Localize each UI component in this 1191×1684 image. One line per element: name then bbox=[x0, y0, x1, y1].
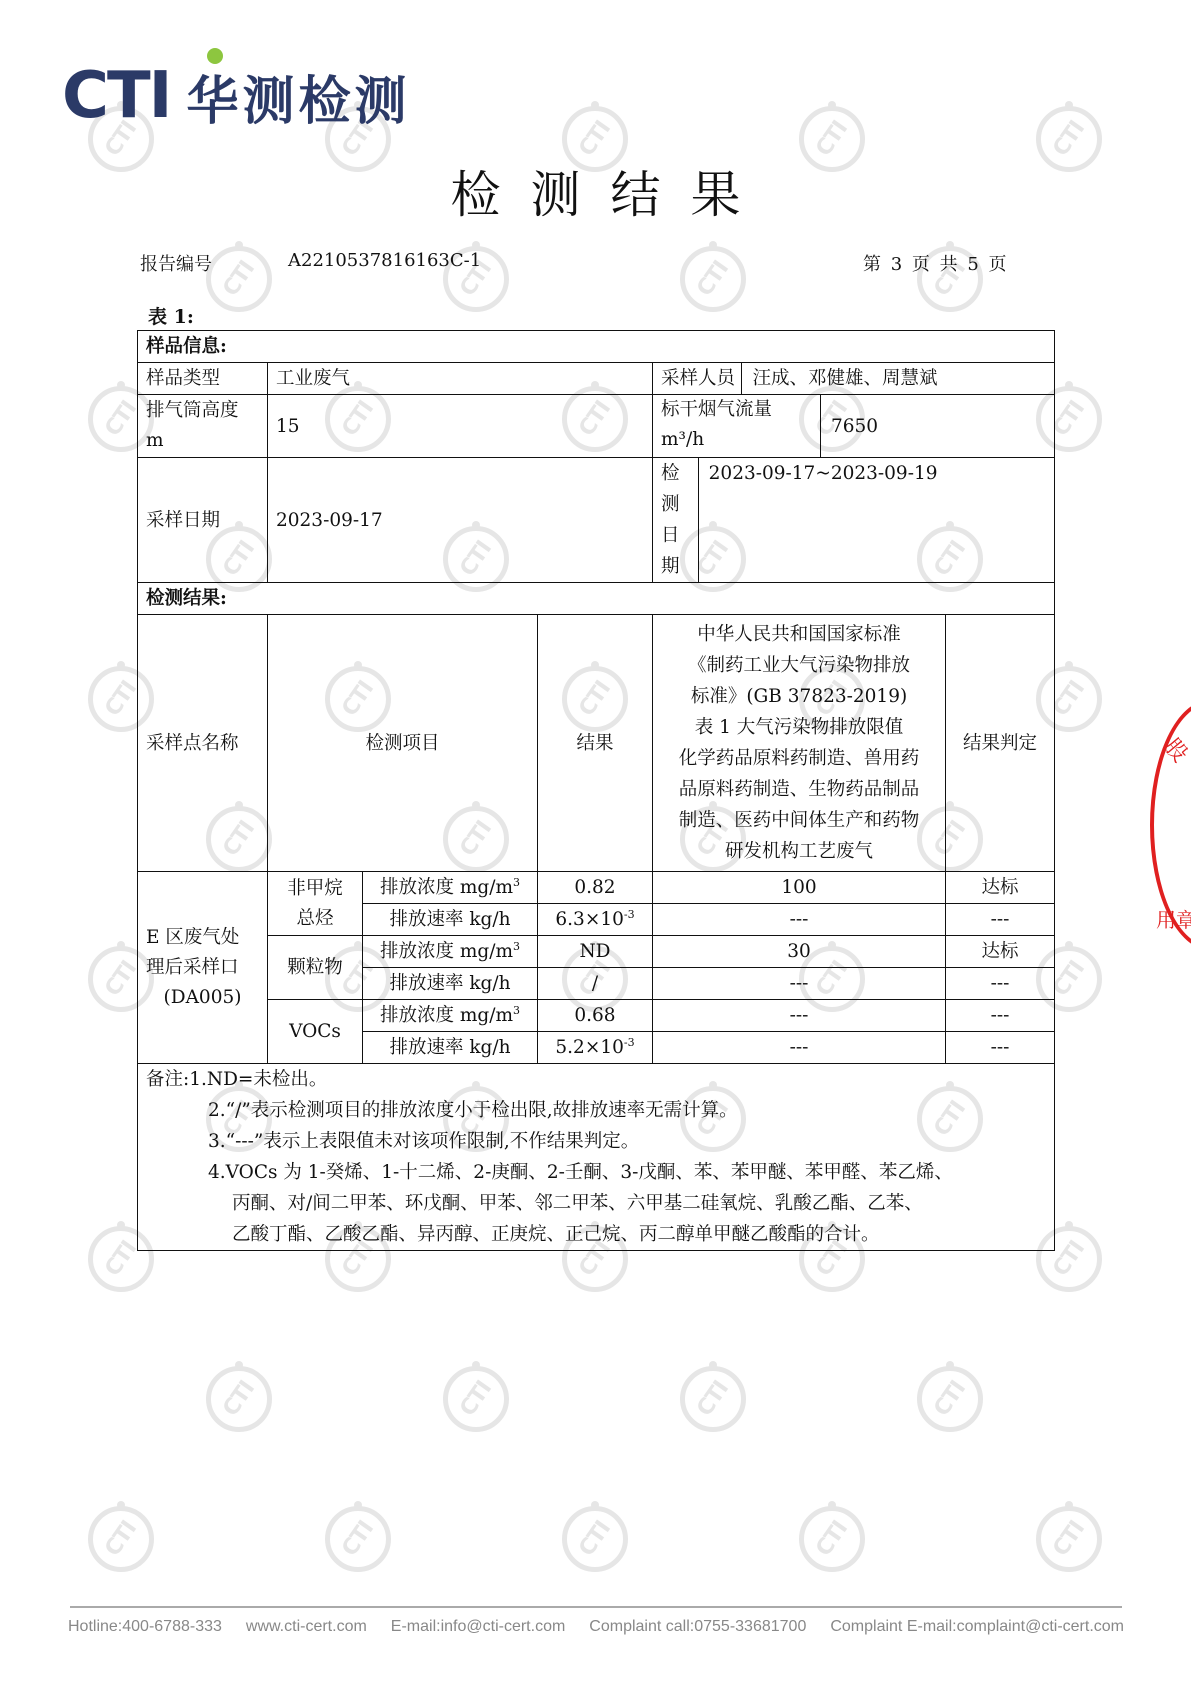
footer-website: www.cti-cert.com bbox=[246, 1618, 367, 1636]
footer-email: E-mail:info@cti-cert.com bbox=[391, 1618, 566, 1636]
table-row: E 区废气处 理后采样口 (DA005) 非甲烷 总烃 排放浓度 mg/m3 0… bbox=[138, 872, 1055, 904]
item-nmhc: 非甲烷 总烃 bbox=[268, 872, 363, 936]
judgement-cell: --- bbox=[946, 1000, 1055, 1032]
footer-complaint-call: Complaint call:0755-33681700 bbox=[589, 1618, 806, 1636]
note-item: 3.“---”表示上表限值未对该项作限制,不作结果判定。 bbox=[146, 1126, 1046, 1157]
item-vocs: VOCs bbox=[268, 1000, 363, 1064]
param-cell: 排放浓度 mg/m3 bbox=[363, 872, 538, 904]
limit-cell: --- bbox=[653, 1032, 946, 1064]
notes: 备注:1.ND=未检出。 2.“/”表示检测项目的排放浓度小于检出限,故排放速率… bbox=[138, 1064, 1055, 1251]
footer-divider bbox=[70, 1606, 1122, 1608]
stack-height-value: 15 bbox=[268, 395, 653, 458]
results-table: 样品信息: 样品类型 工业废气 采样人员 汪成、邓健雄、周慧斌 排气筒高度 m … bbox=[137, 330, 1055, 1251]
result-cell: 5.2×10-3 bbox=[538, 1032, 653, 1064]
judgement-cell: 达标 bbox=[946, 872, 1055, 904]
results-section-title: 检测结果: bbox=[138, 583, 1055, 615]
samplers-value: 汪成、邓健雄、周慧斌 bbox=[742, 363, 937, 394]
judgement-cell: 达标 bbox=[946, 936, 1055, 968]
result-cell: 0.82 bbox=[538, 872, 653, 904]
result-cell: 6.3×10-3 bbox=[538, 904, 653, 936]
sampling-date-value: 2023-09-17 bbox=[268, 458, 653, 583]
samplers-label: 采样人员 bbox=[653, 363, 742, 394]
sample-type-value: 工业废气 bbox=[268, 363, 653, 395]
table-row: VOCs 排放浓度 mg/m3 0.68 --- --- bbox=[138, 1000, 1055, 1032]
header-standard: 中华人民共和国国家标准 《制药工业大气污染物排放 标准》(GB 37823-20… bbox=[653, 615, 946, 872]
limit-cell: --- bbox=[653, 1000, 946, 1032]
page-title: 检测结果 bbox=[0, 155, 1191, 227]
logo-wordmark: CTI bbox=[62, 64, 170, 128]
footer: Hotline:400-6788-333 www.cti-cert.com E-… bbox=[68, 1618, 1124, 1636]
test-date-label: 检测日期 bbox=[653, 458, 699, 582]
table-row: 颗粒物 排放浓度 mg/m3 ND 30 达标 bbox=[138, 936, 1055, 968]
cti-logo: CTI 华测检测 bbox=[62, 50, 410, 128]
item-particulate: 颗粒物 bbox=[268, 936, 363, 1000]
flow-value: 7650 bbox=[821, 411, 878, 442]
logo-chinese-name: 华测检测 bbox=[186, 76, 410, 128]
param-cell: 排放浓度 mg/m3 bbox=[363, 1000, 538, 1032]
note-item: 备注:1.ND=未检出。 bbox=[146, 1064, 1046, 1095]
company-seal-stamp: 股 用章 bbox=[1150, 700, 1191, 950]
report-number-label: 报告编号 bbox=[140, 250, 212, 276]
sample-info-section-title: 样品信息: bbox=[138, 331, 1055, 363]
judgement-cell: --- bbox=[946, 904, 1055, 936]
header-item: 检测项目 bbox=[268, 615, 538, 872]
flow-label: 标干烟气流量 m³/h bbox=[653, 395, 821, 458]
header-judgement: 结果判定 bbox=[946, 615, 1055, 872]
limit-cell: --- bbox=[653, 904, 946, 936]
limit-cell: 30 bbox=[653, 936, 946, 968]
header-result: 结果 bbox=[538, 615, 653, 872]
judgement-cell: --- bbox=[946, 1032, 1055, 1064]
note-item: 乙酸丁酯、乙酸乙酯、异丙醇、正庚烷、正己烷、丙二醇单甲醚乙酸酯的合计。 bbox=[146, 1219, 1046, 1250]
header-site: 采样点名称 bbox=[138, 615, 268, 872]
param-cell: 排放速率 kg/h bbox=[363, 968, 538, 1000]
result-cell: / bbox=[538, 968, 653, 1000]
test-date-value: 2023-09-17~2023-09-19 bbox=[699, 458, 938, 582]
param-cell: 排放浓度 mg/m3 bbox=[363, 936, 538, 968]
judgement-cell: --- bbox=[946, 968, 1055, 1000]
note-item: 丙酮、对/间二甲苯、环戊酮、甲苯、邻二甲苯、六甲基二硅氧烷、乳酸乙酯、乙苯、 bbox=[146, 1188, 1046, 1219]
note-item: 2.“/”表示检测项目的排放浓度小于检出限,故排放速率无需计算。 bbox=[146, 1095, 1046, 1126]
footer-hotline: Hotline:400-6788-333 bbox=[68, 1618, 222, 1636]
note-item: 4.VOCs 为 1-癸烯、1-十二烯、2-庚酮、2-壬酮、3-戊酮、苯、苯甲醚… bbox=[146, 1157, 1046, 1188]
logo-dot-icon bbox=[207, 48, 223, 64]
stack-height-label: 排气筒高度 m bbox=[138, 395, 268, 458]
result-cell: 0.68 bbox=[538, 1000, 653, 1032]
table-caption: 表 1: bbox=[148, 302, 194, 329]
sample-type-label: 样品类型 bbox=[138, 363, 268, 395]
result-cell: ND bbox=[538, 936, 653, 968]
sampling-site-name: E 区废气处 理后采样口 (DA005) bbox=[138, 872, 268, 1064]
sampling-date-label: 采样日期 bbox=[138, 458, 268, 583]
report-number-value: A2210537816163C-1 bbox=[288, 250, 481, 271]
limit-cell: --- bbox=[653, 968, 946, 1000]
samplers-cell: 采样人员 汪成、邓健雄、周慧斌 bbox=[653, 363, 946, 395]
flow-cell: 标干烟气流量 m³/h 7650 bbox=[653, 395, 946, 458]
test-date-cell: 检测日期 2023-09-17~2023-09-19 bbox=[653, 458, 946, 583]
limit-cell: 100 bbox=[653, 872, 946, 904]
param-cell: 排放速率 kg/h bbox=[363, 1032, 538, 1064]
page-info: 第 3 页 共 5 页 bbox=[863, 250, 1007, 276]
param-cell: 排放速率 kg/h bbox=[363, 904, 538, 936]
footer-complaint-email: Complaint E-mail:complaint@cti-cert.com bbox=[830, 1618, 1124, 1636]
